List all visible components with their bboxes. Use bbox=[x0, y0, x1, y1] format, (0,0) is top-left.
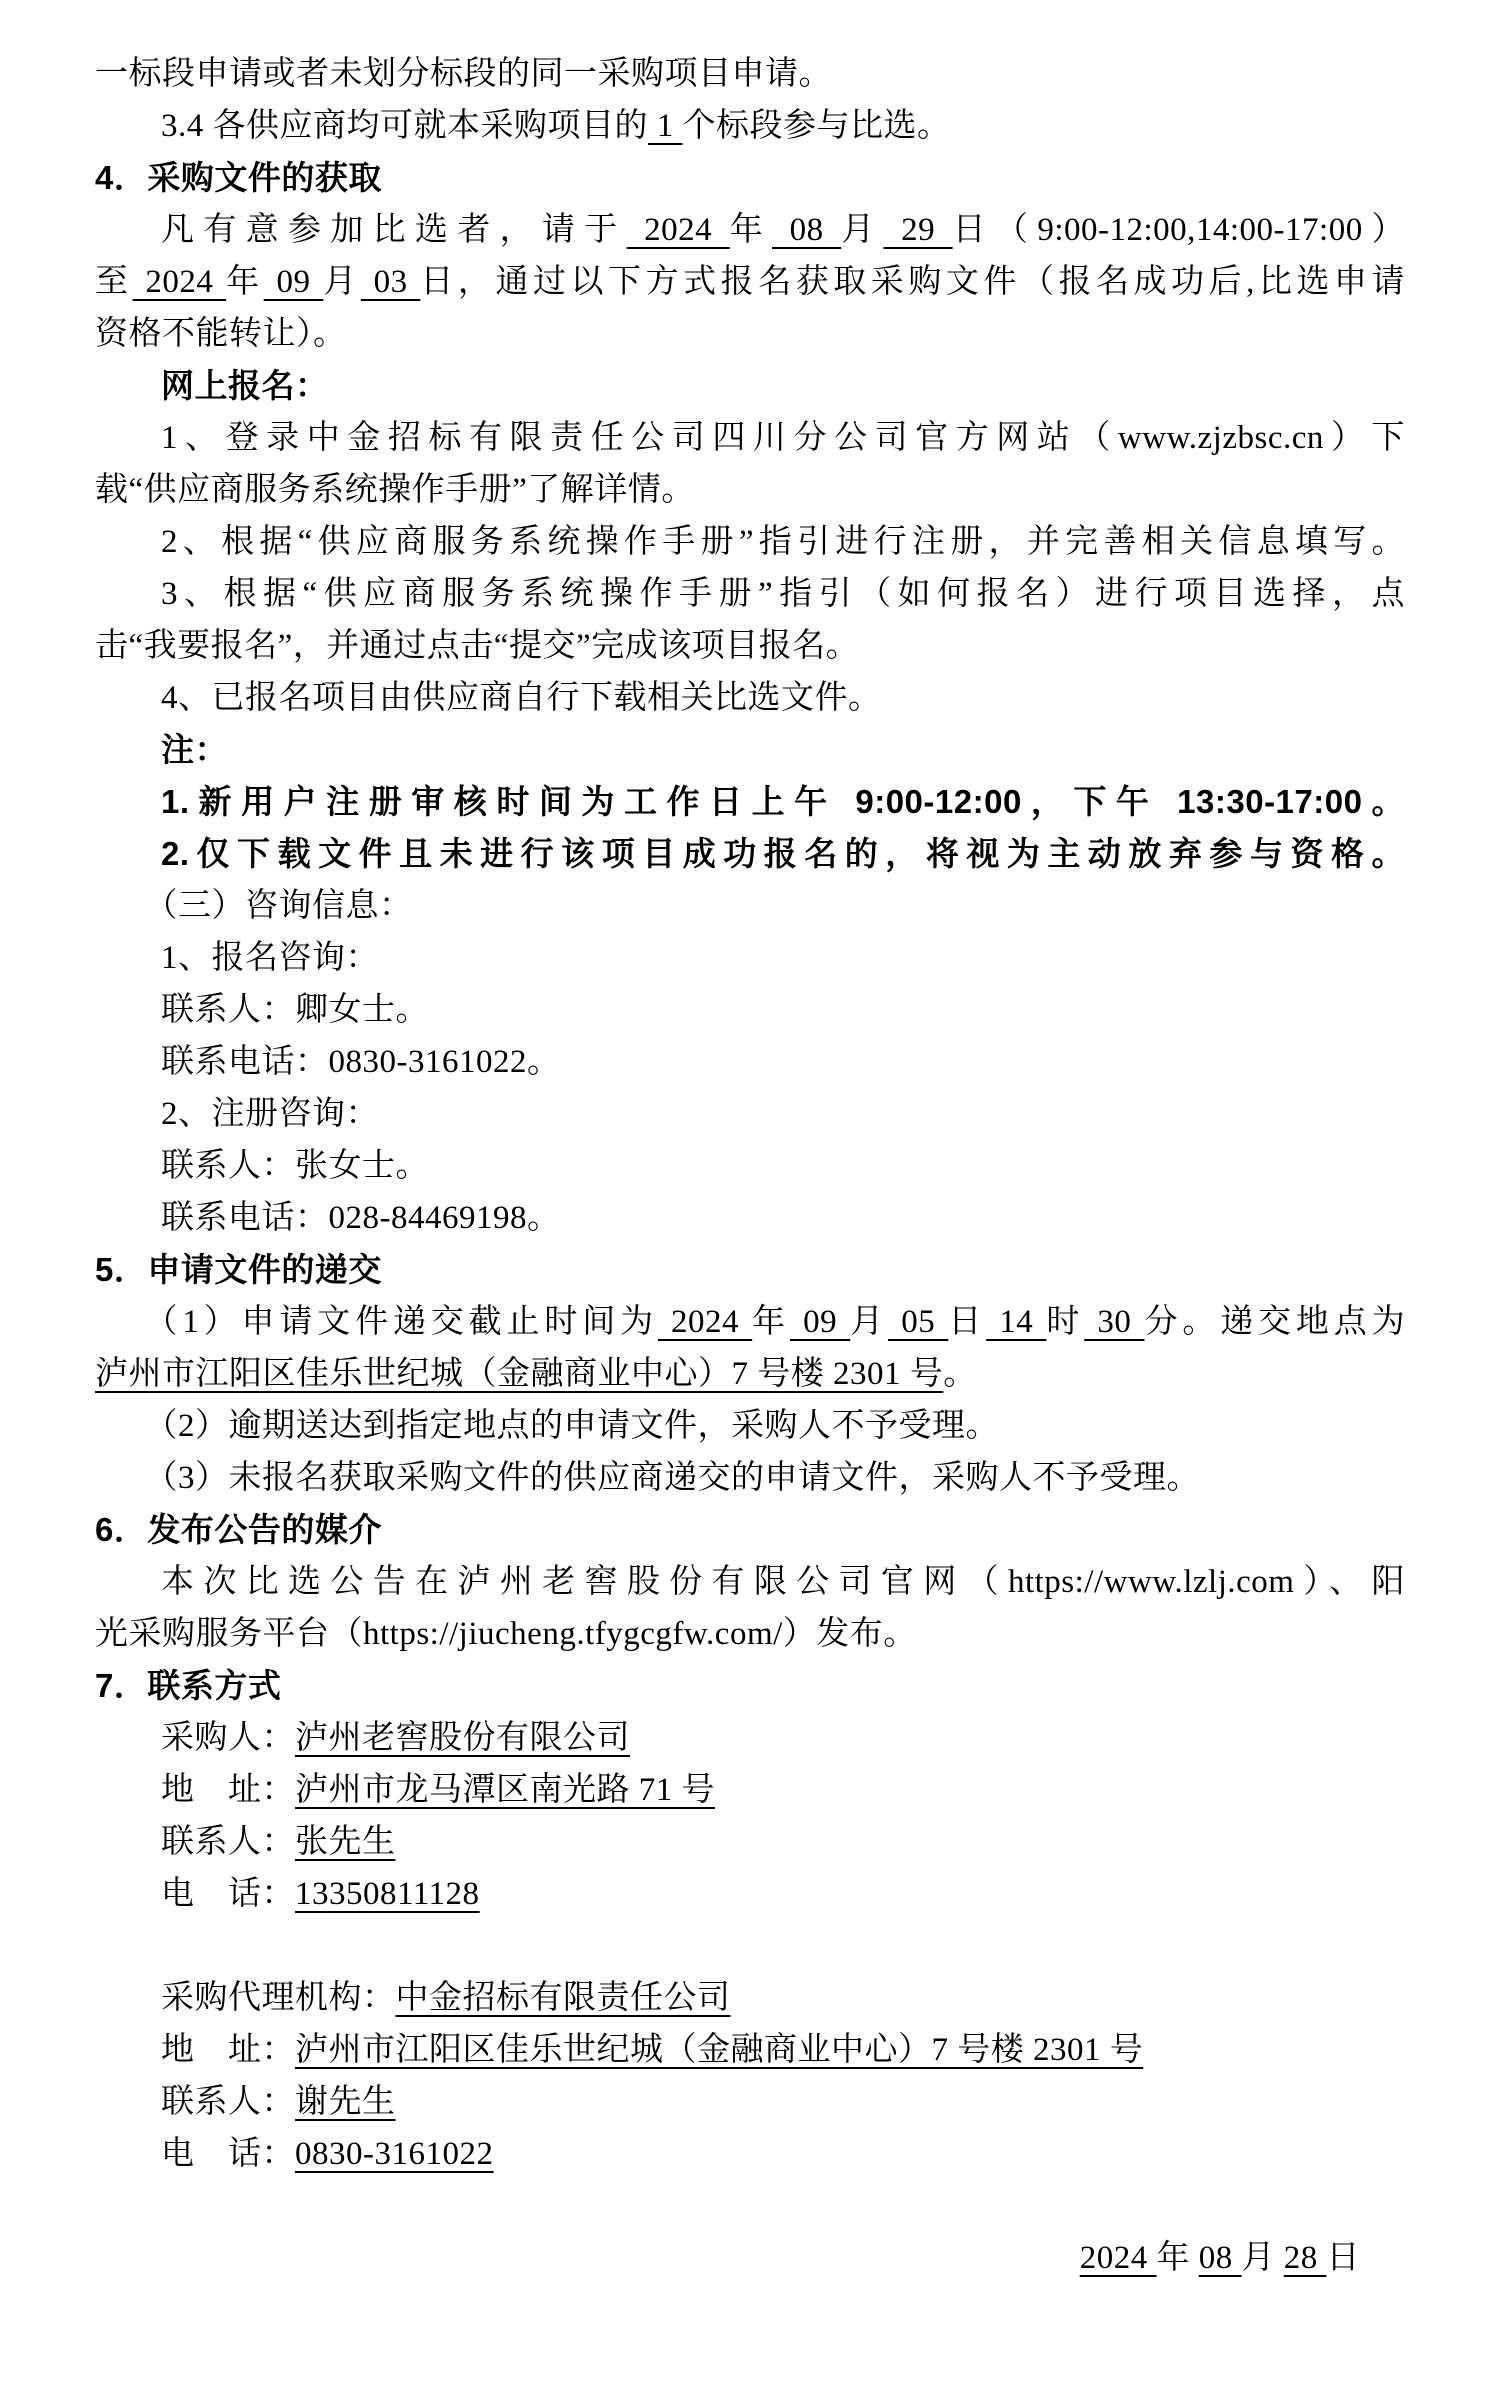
text: 联系电话：028-84469198。 bbox=[161, 1200, 561, 1236]
underlined-text: 2024 bbox=[133, 264, 227, 300]
text: 凡有意参加比选者，请于 bbox=[161, 212, 627, 248]
text: 采购人： bbox=[161, 1720, 295, 1756]
text: 5．申请文件的递交 bbox=[95, 1251, 382, 1288]
text: 7．联系方式 bbox=[95, 1667, 281, 1704]
signup-consult-contact: 联系人：卿女士。 bbox=[95, 984, 1405, 1036]
underlined-text: 03 bbox=[361, 264, 421, 300]
purchaser-phone: 电 话：13350811128 bbox=[95, 1868, 1405, 1920]
text: 3、根据“供应商服务系统操作手册”指引（如何报名）进行项目选择，点 bbox=[161, 576, 1405, 612]
document-page: 一标段申请或者未划分标段的同一采购项目申请。3.4 各供应商均可就本采购项目的 … bbox=[0, 0, 1500, 2394]
agency-phone: 电 话：0830-3161022 bbox=[95, 2128, 1405, 2180]
text: 4、已报名项目由供应商自行下载相关比选文件。 bbox=[161, 680, 882, 716]
underlined-text: 泸州老窖股份有限公司 bbox=[295, 1720, 630, 1756]
spacer bbox=[95, 2180, 1405, 2232]
underlined-text: 30 bbox=[1084, 1304, 1144, 1340]
text: 至 bbox=[95, 264, 133, 300]
underlined-text: 泸州市江阳区佳乐世纪城（金融商业中心）7 号楼 2301 号 bbox=[295, 2032, 1143, 2068]
section-5-heading: 5．申请文件的递交 bbox=[95, 1244, 1405, 1296]
underlined-text: 1 bbox=[648, 108, 683, 144]
signup-consult-phone: 联系电话：0830-3161022。 bbox=[95, 1036, 1405, 1088]
text: 年 bbox=[752, 1304, 790, 1340]
underlined-text: 14 bbox=[986, 1304, 1046, 1340]
submit-rule-3: （3）未报名获取采购文件的供应商递交的申请文件，采购人不予受理。 bbox=[95, 1452, 1405, 1504]
text: （三）咨询信息： bbox=[145, 888, 413, 924]
underlined-text: 2024 bbox=[1080, 2240, 1157, 2276]
underlined-text: 2024 bbox=[658, 1304, 752, 1340]
purchaser-address: 地 址：泸州市龙马潭区南光路 71 号 bbox=[95, 1764, 1405, 1816]
agency-name: 采购代理机构：中金招标有限责任公司 bbox=[95, 1972, 1405, 2024]
text: 月 bbox=[850, 1304, 888, 1340]
underlined-text: 08 bbox=[772, 212, 841, 248]
text: 年 bbox=[730, 212, 772, 248]
underlined-text: 08 bbox=[1199, 2240, 1242, 2276]
signup-step-1-line-1: 1、登录中金招标有限责任公司四川分公司官方网站（www.zjzbsc.cn）下 bbox=[95, 412, 1405, 464]
text: 一标段申请或者未划分标段的同一采购项目申请。 bbox=[95, 56, 832, 92]
underlined-text: 28 bbox=[1284, 2240, 1327, 2276]
media-line-1: 本次比选公告在泸州老窖股份有限公司官网（https://www.lzlj.com… bbox=[95, 1556, 1405, 1608]
signup-consult-heading: 1、报名咨询： bbox=[95, 932, 1405, 984]
note-1: 1.新用户注册审核时间为工作日上午 9:00-12:00，下午 13:30-17… bbox=[95, 776, 1405, 828]
text: 年 bbox=[1157, 2240, 1199, 2276]
underlined-text: 29 bbox=[884, 212, 953, 248]
text: 联系人： bbox=[161, 1824, 295, 1860]
underlined-text: 05 bbox=[888, 1304, 948, 1340]
text: 联系电话：0830-3161022。 bbox=[161, 1044, 561, 1080]
para-prev-continuation: 一标段申请或者未划分标段的同一采购项目申请。 bbox=[95, 48, 1405, 100]
text: 网上报名： bbox=[161, 367, 329, 404]
purchaser-name: 采购人：泸州老窖股份有限公司 bbox=[95, 1712, 1405, 1764]
text: 月 bbox=[841, 212, 883, 248]
text: 2、注册咨询： bbox=[161, 1096, 379, 1132]
text: 联系人：卿女士。 bbox=[161, 992, 429, 1028]
text: 联系人： bbox=[161, 2084, 295, 2120]
text: 光采购服务平台（https://jiucheng.tfygcgfw.com/）发… bbox=[95, 1616, 917, 1652]
text: 日 bbox=[948, 1304, 986, 1340]
section-4-heading: 4．采购文件的获取 bbox=[95, 152, 1405, 204]
signup-step-3-line-2: 击“我要报名”，并通过点击“提交”完成该项目报名。 bbox=[95, 620, 1405, 672]
underlined-text: 13350811128 bbox=[295, 1876, 480, 1912]
text: 2、根据“供应商服务系统操作手册”指引进行注册，并完善相关信息填写。 bbox=[161, 524, 1405, 560]
text: 年 bbox=[226, 264, 264, 300]
text: 采购代理机构： bbox=[161, 1980, 396, 2016]
text: 月 bbox=[1242, 2240, 1284, 2276]
register-consult-phone: 联系电话：028-84469198。 bbox=[95, 1192, 1405, 1244]
text: 时 bbox=[1046, 1304, 1084, 1340]
note-heading: 注： bbox=[95, 724, 1405, 776]
section-6-heading: 6．发布公告的媒介 bbox=[95, 1504, 1405, 1556]
agency-contact: 联系人：谢先生 bbox=[95, 2076, 1405, 2128]
text: （3）未报名获取采购文件的供应商递交的申请文件，采购人不予受理。 bbox=[145, 1460, 1201, 1496]
text: 地 址： bbox=[161, 2032, 295, 2068]
submit-deadline-line-2: 泸州市江阳区佳乐世纪城（金融商业中心）7 号楼 2301 号。 bbox=[95, 1348, 1405, 1400]
underlined-text: 泸州市龙马潭区南光路 71 号 bbox=[295, 1772, 715, 1808]
text: 月 bbox=[323, 264, 361, 300]
underlined-text: 0830-3161022 bbox=[295, 2136, 494, 2172]
text: 4．采购文件的获取 bbox=[95, 159, 382, 196]
text: 注： bbox=[161, 731, 228, 768]
register-consult-heading: 2、注册咨询： bbox=[95, 1088, 1405, 1140]
doc-obtain-line-2: 至 2024 年 09 月 03 日，通过以下方式报名获取采购文件（报名成功后,… bbox=[95, 256, 1405, 308]
text: 1.新用户注册审核时间为工作日上午 9:00-12:00，下午 13:30-17… bbox=[161, 783, 1405, 820]
spacer bbox=[95, 1920, 1405, 1972]
doc-obtain-line-3: 资格不能转让）。 bbox=[95, 308, 1405, 360]
note-2: 2.仅下载文件且未进行该项目成功报名的，将视为主动放弃参与资格。 bbox=[95, 828, 1405, 880]
text: 资格不能转让）。 bbox=[95, 316, 347, 352]
announcement-date: 2024 年 08 月 28 日 bbox=[95, 2232, 1405, 2284]
doc-obtain-line-1: 凡有意参加比选者，请于 2024 年 08 月 29 日（9:00-12:00,… bbox=[95, 204, 1405, 256]
text: 电 话： bbox=[161, 1876, 295, 1912]
text: 1、报名咨询： bbox=[161, 940, 379, 976]
text: 3.4 各供应商均可就本采购项目的 bbox=[161, 108, 648, 144]
text: 1、登录中金招标有限责任公司四川分公司官方网站（www.zjzbsc.cn）下 bbox=[161, 420, 1405, 456]
text: （1）申请文件递交截止时间为 bbox=[145, 1304, 658, 1340]
signup-step-3-line-1: 3、根据“供应商服务系统操作手册”指引（如何报名）进行项目选择，点 bbox=[95, 568, 1405, 620]
media-line-2: 光采购服务平台（https://jiucheng.tfygcgfw.com/）发… bbox=[95, 1608, 1405, 1660]
submit-rule-2: （2）逾期送达到指定地点的申请文件，采购人不予受理。 bbox=[95, 1400, 1405, 1452]
text: （2）逾期送达到指定地点的申请文件，采购人不予受理。 bbox=[145, 1408, 1000, 1444]
submit-deadline-line-1: （1）申请文件递交截止时间为 2024 年 09 月 05 日 14 时 30 … bbox=[95, 1296, 1405, 1348]
text: 电 话： bbox=[161, 2136, 295, 2172]
underlined-text: 09 bbox=[790, 1304, 850, 1340]
text: 地 址： bbox=[161, 1772, 295, 1808]
signup-step-4: 4、已报名项目由供应商自行下载相关比选文件。 bbox=[95, 672, 1405, 724]
underlined-text: 张先生 bbox=[295, 1824, 396, 1860]
text: 6．发布公告的媒介 bbox=[95, 1511, 382, 1548]
text: 2.仅下载文件且未进行该项目成功报名的，将视为主动放弃参与资格。 bbox=[161, 835, 1405, 872]
clause-3-4: 3.4 各供应商均可就本采购项目的 1 个标段参与比选。 bbox=[95, 100, 1405, 152]
text: 击“我要报名”，并通过点击“提交”完成该项目报名。 bbox=[95, 628, 859, 664]
text: 联系人：张女士。 bbox=[161, 1148, 429, 1184]
text: 分。递交地点为 bbox=[1144, 1304, 1405, 1340]
register-consult-contact: 联系人：张女士。 bbox=[95, 1140, 1405, 1192]
agency-address: 地 址：泸州市江阳区佳乐世纪城（金融商业中心）7 号楼 2301 号 bbox=[95, 2024, 1405, 2076]
text: 个标段参与比选。 bbox=[683, 108, 951, 144]
section-7-heading: 7．联系方式 bbox=[95, 1660, 1405, 1712]
text: 日，通过以下方式报名获取采购文件（报名成功后,比选申请 bbox=[420, 264, 1405, 300]
underlined-text: 中金招标有限责任公司 bbox=[396, 1980, 731, 2016]
underlined-text: 泸州市江阳区佳乐世纪城（金融商业中心）7 号楼 2301 号 bbox=[95, 1356, 943, 1392]
underlined-text: 09 bbox=[264, 264, 324, 300]
underlined-text: 2024 bbox=[627, 212, 730, 248]
consult-info-heading: （三）咨询信息： bbox=[95, 880, 1405, 932]
online-signup-heading: 网上报名： bbox=[95, 360, 1405, 412]
text: 本次比选公告在泸州老窖股份有限公司官网（https://www.lzlj.com… bbox=[161, 1564, 1405, 1600]
purchaser-contact: 联系人：张先生 bbox=[95, 1816, 1405, 1868]
text: 日（9:00-12:00,14:00-17:00） bbox=[953, 212, 1405, 248]
signup-step-1-line-2: 载“供应商服务系统操作手册”了解详情。 bbox=[95, 464, 1405, 516]
text: 。 bbox=[943, 1356, 977, 1392]
underlined-text: 谢先生 bbox=[295, 2084, 396, 2120]
text: 日 bbox=[1327, 2240, 1361, 2276]
signup-step-2: 2、根据“供应商服务系统操作手册”指引进行注册，并完善相关信息填写。 bbox=[95, 516, 1405, 568]
text: 载“供应商服务系统操作手册”了解详情。 bbox=[95, 472, 695, 508]
